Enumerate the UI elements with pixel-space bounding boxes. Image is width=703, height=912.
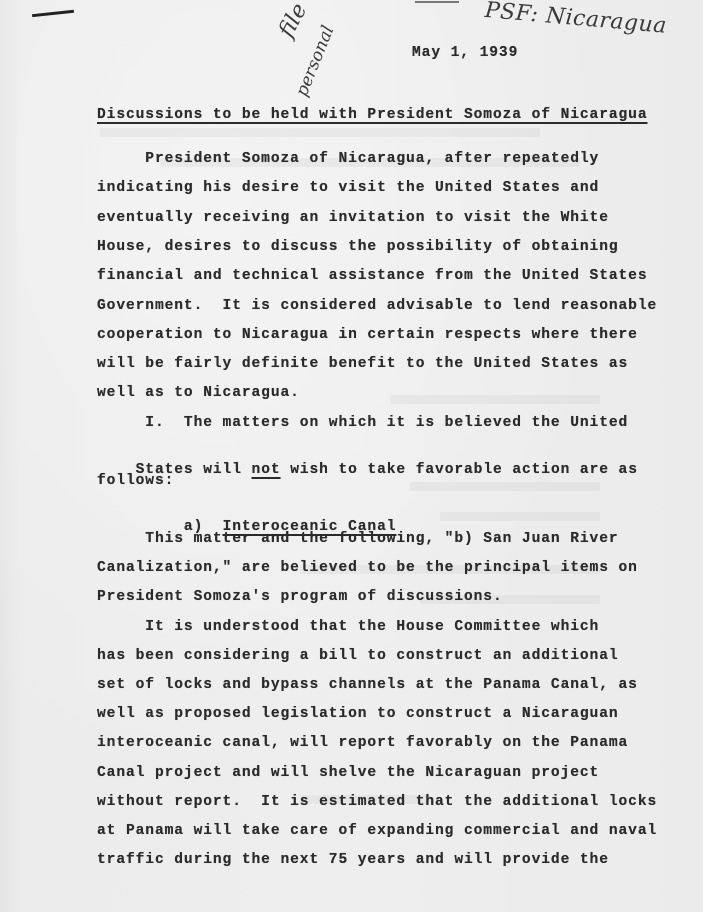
- section-i-line-2: States will not wish to take favorable a…: [97, 443, 638, 497]
- text-line: This matter and the following, "b) San J…: [97, 530, 619, 548]
- stamp-dash-mark: [415, 1, 459, 3]
- document-date: May 1, 1939: [412, 44, 518, 62]
- text-line: indicating his desire to visit the Unite…: [97, 179, 599, 197]
- text-line: financial and technical assistance from …: [97, 267, 648, 285]
- section-i-line-3: follows:: [97, 472, 174, 490]
- text-line: cooperation to Nicaragua in certain resp…: [97, 326, 638, 344]
- pen-stroke-mark: [32, 10, 74, 17]
- section-i-text-after: wish to take favorable action are as: [281, 462, 638, 478]
- section-i-line-1: I. The matters on which it is believed t…: [97, 414, 628, 432]
- text-line: set of locks and bypass channels at the …: [97, 676, 638, 694]
- emphasis-not: not: [252, 462, 281, 478]
- text-line: at Panama will take care of expanding co…: [97, 822, 657, 840]
- text-line: House, desires to discuss the possibilit…: [97, 238, 619, 256]
- text-line: interoceanic canal, will report favorabl…: [97, 734, 628, 752]
- handwritten-margin-note-file: file: [274, 0, 312, 42]
- document-page: PSF: Nicaragua file personal May 1, 1939…: [0, 0, 703, 912]
- text-line: without report. It is estimated that the…: [97, 793, 657, 811]
- text-line: Government. It is considered advisable t…: [97, 297, 657, 315]
- bleed-through-texture: [440, 512, 600, 521]
- text-line: well as to Nicaragua.: [97, 384, 300, 402]
- handwritten-file-label: PSF: Nicaragua: [484, 0, 668, 39]
- bleed-through-texture: [100, 128, 540, 137]
- text-line: Canal project and will shelve the Nicara…: [97, 764, 599, 782]
- bleed-through-texture: [390, 395, 600, 404]
- text-line: eventually receiving an invitation to vi…: [97, 209, 609, 227]
- text-line: It is understood that the House Committe…: [97, 618, 599, 636]
- text-line: will be fairly definite benefit to the U…: [97, 355, 628, 373]
- text-line: Canalization," are believed to be the pr…: [97, 559, 638, 577]
- document-title: Discussions to be held with President So…: [97, 106, 648, 124]
- text-line: President Somoza of Nicaragua, after rep…: [97, 150, 599, 168]
- text-line: well as proposed legislation to construc…: [97, 705, 619, 723]
- text-line: traffic during the next 75 years and wil…: [97, 851, 609, 869]
- text-line: President Somoza's program of discussion…: [97, 588, 503, 606]
- text-line: has been considering a bill to construct…: [97, 647, 619, 665]
